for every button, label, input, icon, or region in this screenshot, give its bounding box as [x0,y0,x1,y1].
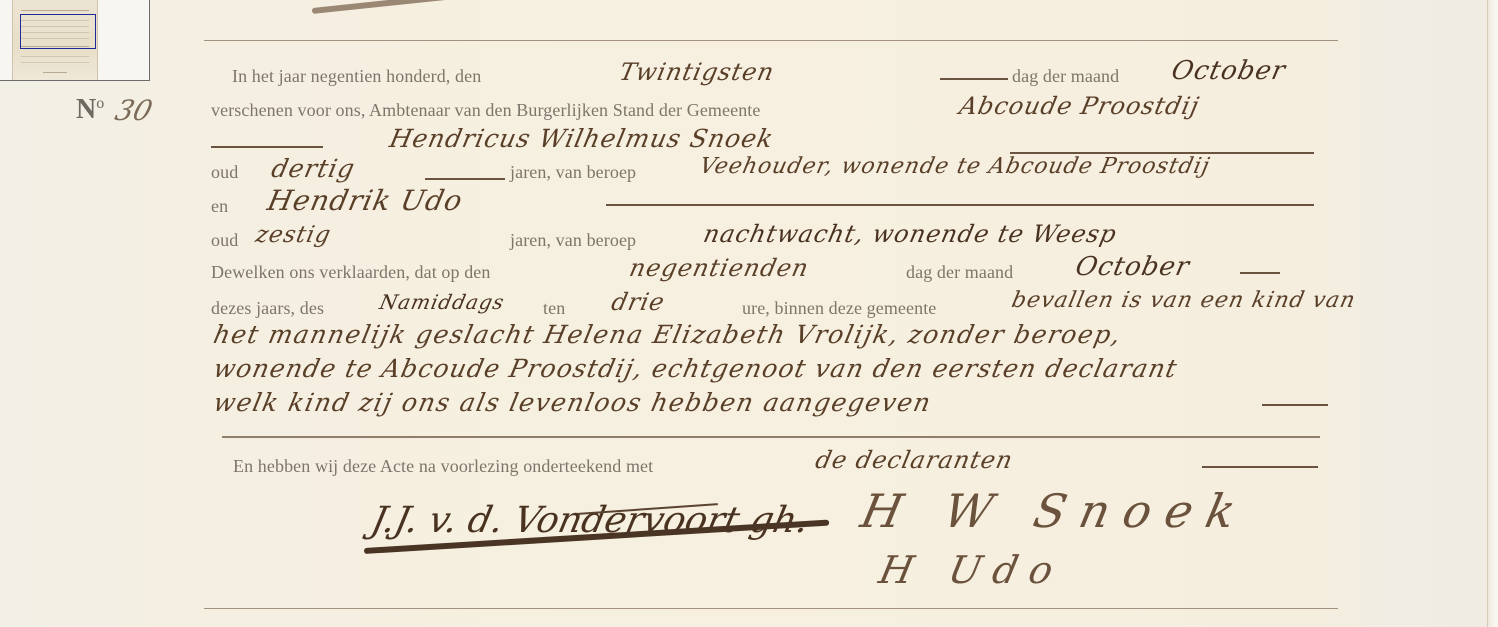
handwritten-occupation2: nachtwacht, wonende te Weesp [701,220,1119,248]
signature-declarant2: H Udo [875,548,1069,592]
page-edge [1487,0,1498,627]
handwritten-municipality: Abcoude Proostdij [957,92,1202,120]
handwritten-birth-month: October [1073,252,1193,282]
printed-month-label: dag der maand [1012,66,1119,87]
handwritten-body-line3: welk kind zij ons als levenloos hebben a… [211,388,935,417]
printed-at: ten [543,298,565,319]
handwritten-daypart: Namiddags [377,290,506,314]
handwritten-month: October [1169,56,1289,86]
fill-line [425,178,505,180]
handwritten-age1: dertig [269,154,358,183]
handwritten-body-line2: wonende te Abcoude Proostdij, echtgenoot… [211,354,1181,383]
handwritten-occupation1: Veehouder, wonende te Abcoude Proostdij [697,154,1212,179]
printed-this-year: dezes jaars, des [211,298,324,319]
printed-year-text: In het jaar negentien honderd, den [232,66,481,87]
record-number-label: No [76,94,104,126]
printed-occupation-label-2: jaren, van beroep [510,230,636,251]
record-number: 30 [112,94,156,127]
handwritten-birth-day: negentienden [627,254,812,282]
printed-age-label-2: oud [211,230,238,251]
fill-line [1202,466,1318,468]
document-scan: No 30 In het jaar negentien honderd, den… [0,0,1498,627]
handwritten-delivered-text: bevallen is van een kind van [1009,288,1358,313]
signature-declarant1: H W Snoek [856,484,1254,538]
printed-month-label-2: dag der maand [906,262,1013,283]
printed-age-label: oud [211,162,238,183]
fill-line [1240,272,1280,274]
body-end-rule [222,436,1320,438]
handwritten-name-declarant1: Hendricus Wilhelmus Snoek [387,124,777,153]
handwritten-hour: drie [609,288,668,316]
handwritten-age2: zestig [253,222,333,248]
fill-line [940,78,1008,80]
printed-signed-text: En hebben wij deze Acte na voorlezing on… [233,456,653,477]
fill-line [1262,404,1328,406]
printed-appeared-text: verschenen voor ons, Ambtenaar van den B… [211,100,761,121]
fill-line [606,204,1314,206]
fill-line [211,146,323,148]
top-divider [204,40,1338,41]
navigator-panel[interactable] [0,0,150,81]
navigator-viewport-indicator[interactable] [20,14,96,49]
printed-within-municipality: ure, binnen deze gemeente [742,298,936,319]
printed-declared-text: Dewelken ons verklaarden, dat op den [211,262,491,283]
printed-occupation-label: jaren, van beroep [510,162,636,183]
printed-and: en [211,196,228,217]
handwritten-body-line1: het mannelijk geslacht Helena Elizabeth … [211,320,1125,349]
previous-record-underline [312,0,492,14]
handwritten-day: Twintigsten [617,58,777,86]
handwritten-name-declarant2: Hendrik Udo [264,184,466,217]
handwritten-declarants: de declaranten [813,446,1016,474]
bottom-divider [204,608,1338,609]
